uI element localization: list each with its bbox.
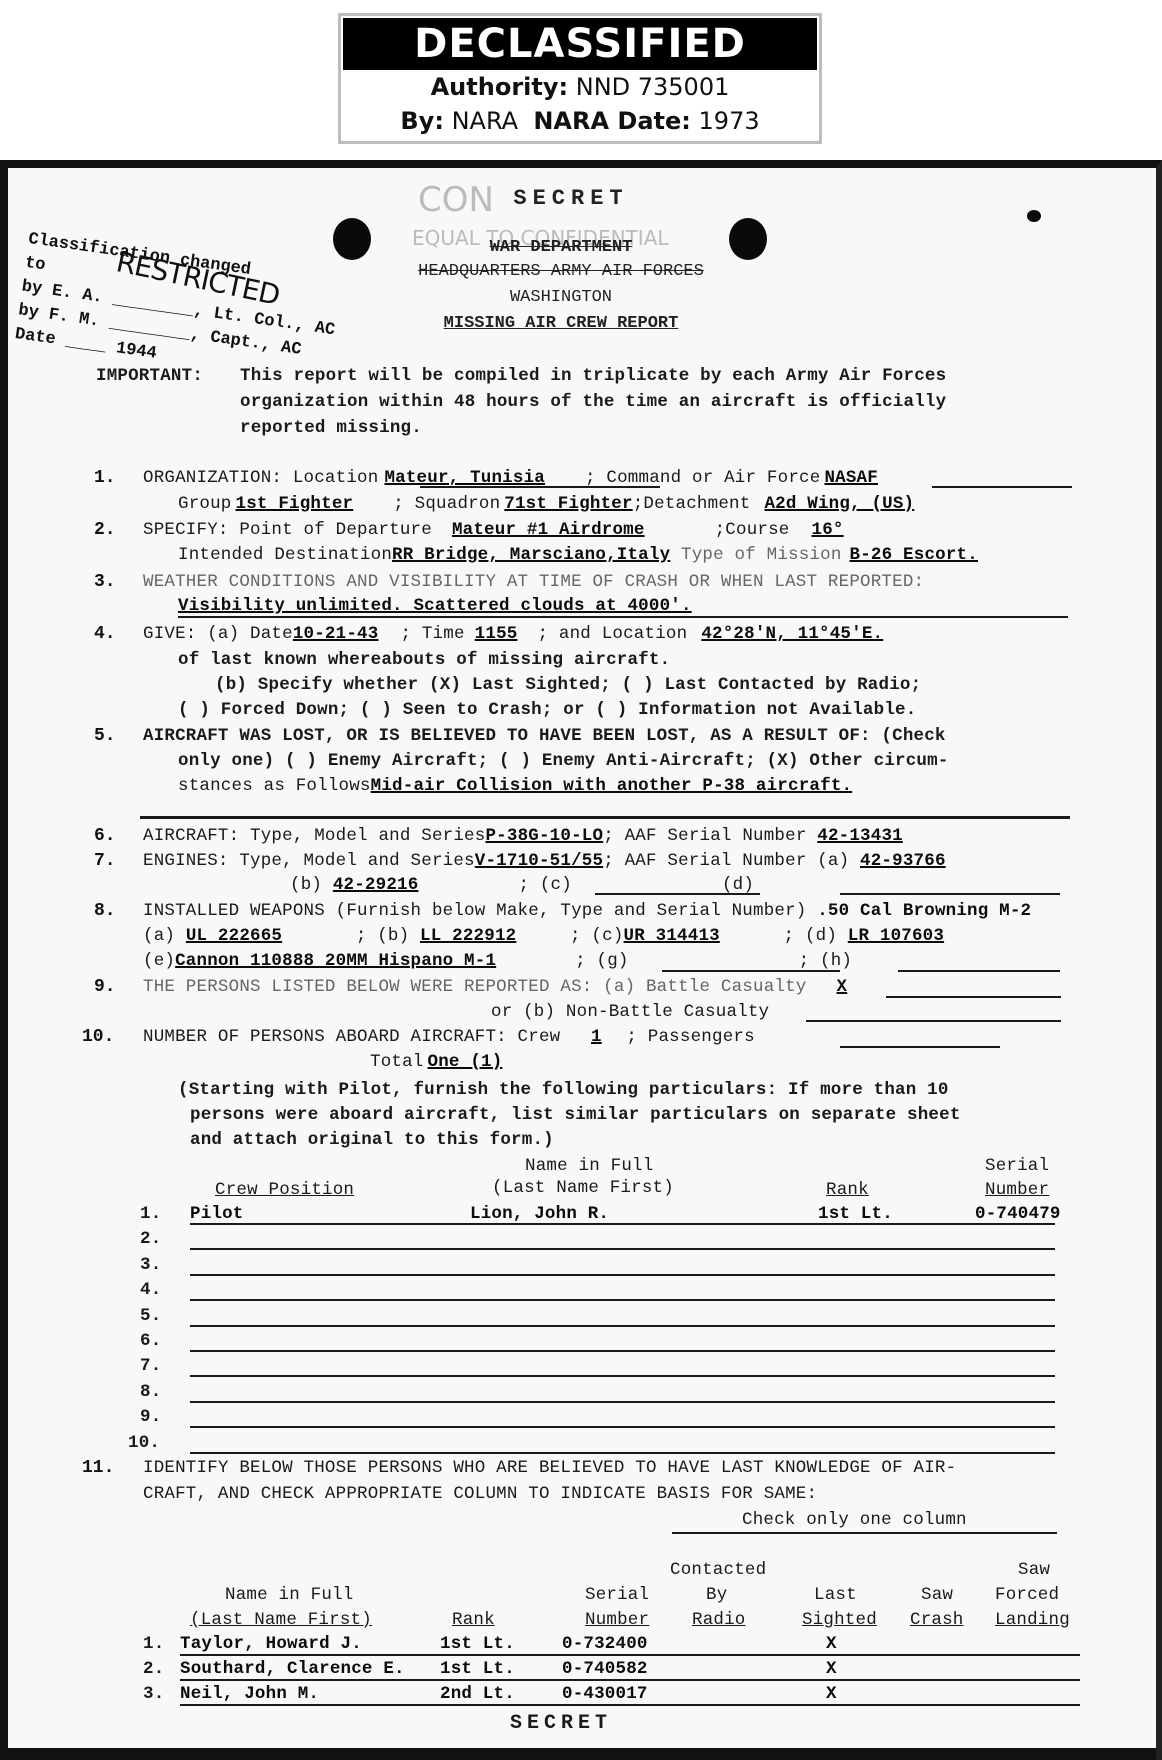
mission-value: B-26 Escort. xyxy=(850,545,978,565)
crew-row-line xyxy=(190,1274,1055,1276)
weapon-d: LR 107603 xyxy=(848,926,944,946)
col11-name-bottom: (Last Name First) xyxy=(190,1610,372,1630)
witness-name: Southard, Clarence E. xyxy=(180,1659,405,1679)
witness-serial: 0-430017 xyxy=(562,1684,648,1704)
crew-row-number: 10. xyxy=(128,1433,160,1453)
section-7-number: 7. xyxy=(94,851,116,871)
location-underline xyxy=(420,486,660,488)
crew-row-number: 5. xyxy=(140,1306,161,1326)
witness-row-number: 2. xyxy=(143,1659,164,1679)
weapon-a: UL 222665 xyxy=(186,926,356,946)
witness-row-line xyxy=(180,1679,1080,1681)
crew-row-line xyxy=(190,1248,1055,1250)
col11-crash-2: Crash xyxy=(910,1610,964,1630)
crew-serial: 0-740479 xyxy=(975,1204,1061,1224)
lost-result-label: AIRCRAFT WAS LOST, OR IS BELIEVED TO HAV… xyxy=(143,726,946,746)
col11-forced-3: Landing xyxy=(995,1610,1070,1630)
witness-rank: 1st Lt. xyxy=(440,1659,515,1679)
crew-row-line xyxy=(190,1325,1055,1327)
destination-value: RR Bridge, Marsciano,Italy xyxy=(392,545,670,565)
section-11-number: 11. xyxy=(82,1458,114,1478)
crew-row-number: 4. xyxy=(140,1280,161,1300)
location-value: Mateur, Tunisia xyxy=(384,468,545,488)
col11-crash-1: Saw xyxy=(921,1585,953,1605)
lost-result-line-2: only one) ( ) Enemy Aircraft; ( ) Enemy … xyxy=(178,751,949,771)
destination-line: Intended DestinationRR Bridge, Marsciano… xyxy=(178,545,978,565)
engine-serial-a: 42-93766 xyxy=(860,851,946,871)
identify-label-2: CRAFT, AND CHECK APPROPRIATE COLUMN TO I… xyxy=(143,1484,817,1504)
col11-forced-1: Saw xyxy=(1018,1560,1050,1580)
col-crew-position: Crew Position xyxy=(215,1180,354,1200)
section-2-number: 2. xyxy=(94,520,116,540)
section-4-number: 4. xyxy=(94,624,116,644)
col11-sighted-1: Last xyxy=(814,1585,857,1605)
casualty-line: THE PERSONS LISTED BELOW WERE REPORTED A… xyxy=(143,977,847,997)
declassified-title: DECLASSIFIED xyxy=(343,18,817,70)
crew-name: Lion, John R. xyxy=(470,1204,609,1224)
witness-row-line xyxy=(180,1704,1080,1706)
date-line: GIVE: (a) Date10-21-43; Time1155; and Lo… xyxy=(143,624,883,644)
col-serial-top: Serial xyxy=(985,1156,1049,1176)
section-1-number: 1. xyxy=(94,468,116,488)
battle-underline xyxy=(886,996,1061,998)
weapons-row-2: (e)Cannon 110888 20MM Hispano M-1; (g); … xyxy=(143,951,852,971)
check-note: Check only one column xyxy=(742,1510,967,1530)
time-value: 1155 xyxy=(475,624,518,644)
crew-row-line xyxy=(190,1350,1055,1352)
departure-value: Mateur #1 Airdrome xyxy=(452,520,645,540)
section-10-number: 10. xyxy=(82,1027,114,1047)
departure-line: SPECIFY: Point of DepartureMateur #1 Air… xyxy=(143,520,844,540)
date-value: 10-21-43 xyxy=(293,624,379,644)
crew-row-number: 2. xyxy=(140,1229,161,1249)
crew-row-number: 9. xyxy=(140,1407,161,1427)
check-note-underline xyxy=(672,1532,1057,1534)
course-value: 16° xyxy=(812,520,844,540)
col11-serial-top: Serial xyxy=(585,1585,649,1605)
crew-row-line xyxy=(190,1452,1055,1454)
col11-radio-3: Radio xyxy=(692,1610,746,1630)
command-value: NASAF xyxy=(824,468,878,488)
group-line: Group1st Fighter; Squadron71st Fighter;D… xyxy=(178,494,914,514)
by-line: By: NARA NARA Date: 1973 xyxy=(341,104,819,138)
section-divider xyxy=(140,816,1070,819)
crew-row-line xyxy=(190,1375,1055,1377)
witness-name: Taylor, Howard J. xyxy=(180,1634,362,1654)
crew-row-line xyxy=(190,1223,1055,1225)
lost-result-line-3: stances as FollowsMid-air Collision with… xyxy=(178,776,852,796)
crew-row-number: 1. xyxy=(140,1204,161,1224)
engine-serial-b: 42-29216 xyxy=(333,875,419,895)
organization-label: ORGANIZATION: LocationMateur, Tunisia; C… xyxy=(143,468,878,488)
weapon-e: Cannon 110888 20MM Hispano M-1 xyxy=(175,951,575,971)
engine-c-underline xyxy=(595,893,760,895)
whereabouts-text: of last known whereabouts of missing air… xyxy=(178,650,670,670)
total-value: One (1) xyxy=(428,1052,558,1072)
col11-sighted-2: Sighted xyxy=(802,1610,877,1630)
nonbattle-underline xyxy=(806,1020,1061,1022)
declassified-stamp: DECLASSIFIED Authority: NND 735001 By: N… xyxy=(338,13,822,144)
section-6-number: 6. xyxy=(94,826,116,846)
classification-bottom: SECRET xyxy=(510,1712,612,1735)
squadron-value: 71st Fighter xyxy=(504,494,632,514)
col11-forced-2: Forced xyxy=(995,1585,1059,1605)
crew-position: Pilot xyxy=(190,1204,244,1224)
engine-d-underline xyxy=(840,893,1060,895)
witness-row-number: 1. xyxy=(143,1634,164,1654)
weapon-g-underline xyxy=(662,970,840,972)
col11-serial-bottom: Number xyxy=(585,1610,649,1630)
col-rank: Rank xyxy=(826,1180,869,1200)
col11-name-top: Name in Full xyxy=(225,1585,353,1605)
col11-radio-1: Contacted xyxy=(670,1560,766,1580)
section-8-number: 8. xyxy=(94,901,116,921)
witness-sighted: X xyxy=(826,1659,837,1679)
crew-row-number: 8. xyxy=(140,1382,161,1402)
total-line: TotalOne (1) xyxy=(370,1052,558,1072)
identify-label-1: IDENTIFY BELOW THOSE PERSONS WHO ARE BEL… xyxy=(143,1458,956,1478)
col11-rank: Rank xyxy=(452,1610,495,1630)
weather-underline xyxy=(178,616,1068,618)
classification-top: SECRET xyxy=(0,186,1152,211)
weapon-h-underline xyxy=(898,970,1060,972)
page-bottom-edge xyxy=(8,1748,1156,1760)
engine-model: V-1710-51/55 xyxy=(475,851,603,871)
specify-c-text: ( ) Forced Down; ( ) Seen to Crash; or (… xyxy=(178,700,916,720)
instructions-1: (Starting with Pilot, furnish the follow… xyxy=(178,1080,949,1100)
weapons-line: INSTALLED WEAPONS (Furnish below Make, T… xyxy=(143,901,1031,921)
authority-line: Authority: NND 735001 xyxy=(341,70,819,104)
ink-blot xyxy=(1027,210,1041,222)
crew-count: 1 xyxy=(566,1027,626,1047)
crew-row-number: 3. xyxy=(140,1255,161,1275)
crew-row-number: 6. xyxy=(140,1331,161,1351)
witness-sighted: X xyxy=(826,1684,837,1704)
detachment-value: A2d Wing, (US) xyxy=(764,494,914,514)
witness-rank: 2nd Lt. xyxy=(440,1684,515,1704)
section-3-number: 3. xyxy=(94,572,116,592)
weather-label: WEATHER CONDITIONS AND VISIBILITY AT TIM… xyxy=(143,572,924,592)
weather-value: Visibility unlimited. Scattered clouds a… xyxy=(178,596,692,616)
witness-rank: 1st Lt. xyxy=(440,1634,515,1654)
instructions-2: persons were aboard aircraft, list simil… xyxy=(190,1105,961,1125)
circumstances-value: Mid-air Collision with another P-38 airc… xyxy=(371,776,853,796)
specify-b-text: (b) Specify whether (X) Last Sighted; ( … xyxy=(215,675,921,695)
weapons-row-1: (a) UL 222665; (b) LL 222912; (c)UR 3144… xyxy=(143,926,944,946)
important-text-1: This report will be compiled in triplica… xyxy=(240,366,946,386)
witness-row-number: 3. xyxy=(143,1684,164,1704)
passengers-underline xyxy=(840,1046,1000,1048)
location-coordinates: 42°28'N, 11°45'E. xyxy=(701,624,883,644)
engines-line: ENGINES: Type, Model and SeriesV-1710-51… xyxy=(143,851,946,871)
weapon-b: LL 222912 xyxy=(420,926,570,946)
group-value: 1st Fighter xyxy=(236,494,354,514)
crew-row-number: 7. xyxy=(140,1356,161,1376)
witness-name: Neil, John M. xyxy=(180,1684,319,1704)
instructions-3: and attach original to this form.) xyxy=(190,1130,554,1150)
weapon-c: UR 314413 xyxy=(624,926,784,946)
nonbattle-line: or (b) Non-Battle Casualty xyxy=(491,1002,769,1022)
crew-row-line xyxy=(190,1401,1055,1403)
witness-serial: 0-740582 xyxy=(562,1659,648,1679)
battle-casualty-value: X xyxy=(837,977,848,997)
crew-row-line xyxy=(190,1426,1055,1428)
col11-radio-2: By xyxy=(706,1585,727,1605)
section-9-number: 9. xyxy=(94,977,116,997)
crew-row-line xyxy=(190,1299,1055,1301)
aircraft-serial: 42-13431 xyxy=(817,826,903,846)
witness-serial: 0-732400 xyxy=(562,1634,648,1654)
important-label: IMPORTANT: xyxy=(96,366,203,386)
section-5-number: 5. xyxy=(94,726,116,746)
aircraft-model: P-38G-10-LO xyxy=(485,826,603,846)
crew-rank: 1st Lt. xyxy=(818,1204,893,1224)
witness-row-line xyxy=(180,1654,1080,1656)
aircraft-line: AIRCRAFT: Type, Model and SeriesP-38G-10… xyxy=(143,826,903,846)
witness-sighted: X xyxy=(826,1634,837,1654)
col-serial-bottom: Number xyxy=(985,1180,1049,1200)
col-name-bottom: (Last Name First) xyxy=(492,1178,674,1198)
engines-line-2: (b) 42-29216; (c)(d) xyxy=(290,875,754,895)
weapons-make: .50 Cal Browning M-2 xyxy=(817,901,1031,921)
persons-aboard-line: NUMBER OF PERSONS ABOARD AIRCRAFT: Crew1… xyxy=(143,1027,755,1047)
important-text-3: reported missing. xyxy=(240,418,422,438)
important-text-2: organization within 48 hours of the time… xyxy=(240,392,946,412)
col-name-top: Name in Full xyxy=(525,1156,653,1176)
command-underline xyxy=(932,486,1072,488)
